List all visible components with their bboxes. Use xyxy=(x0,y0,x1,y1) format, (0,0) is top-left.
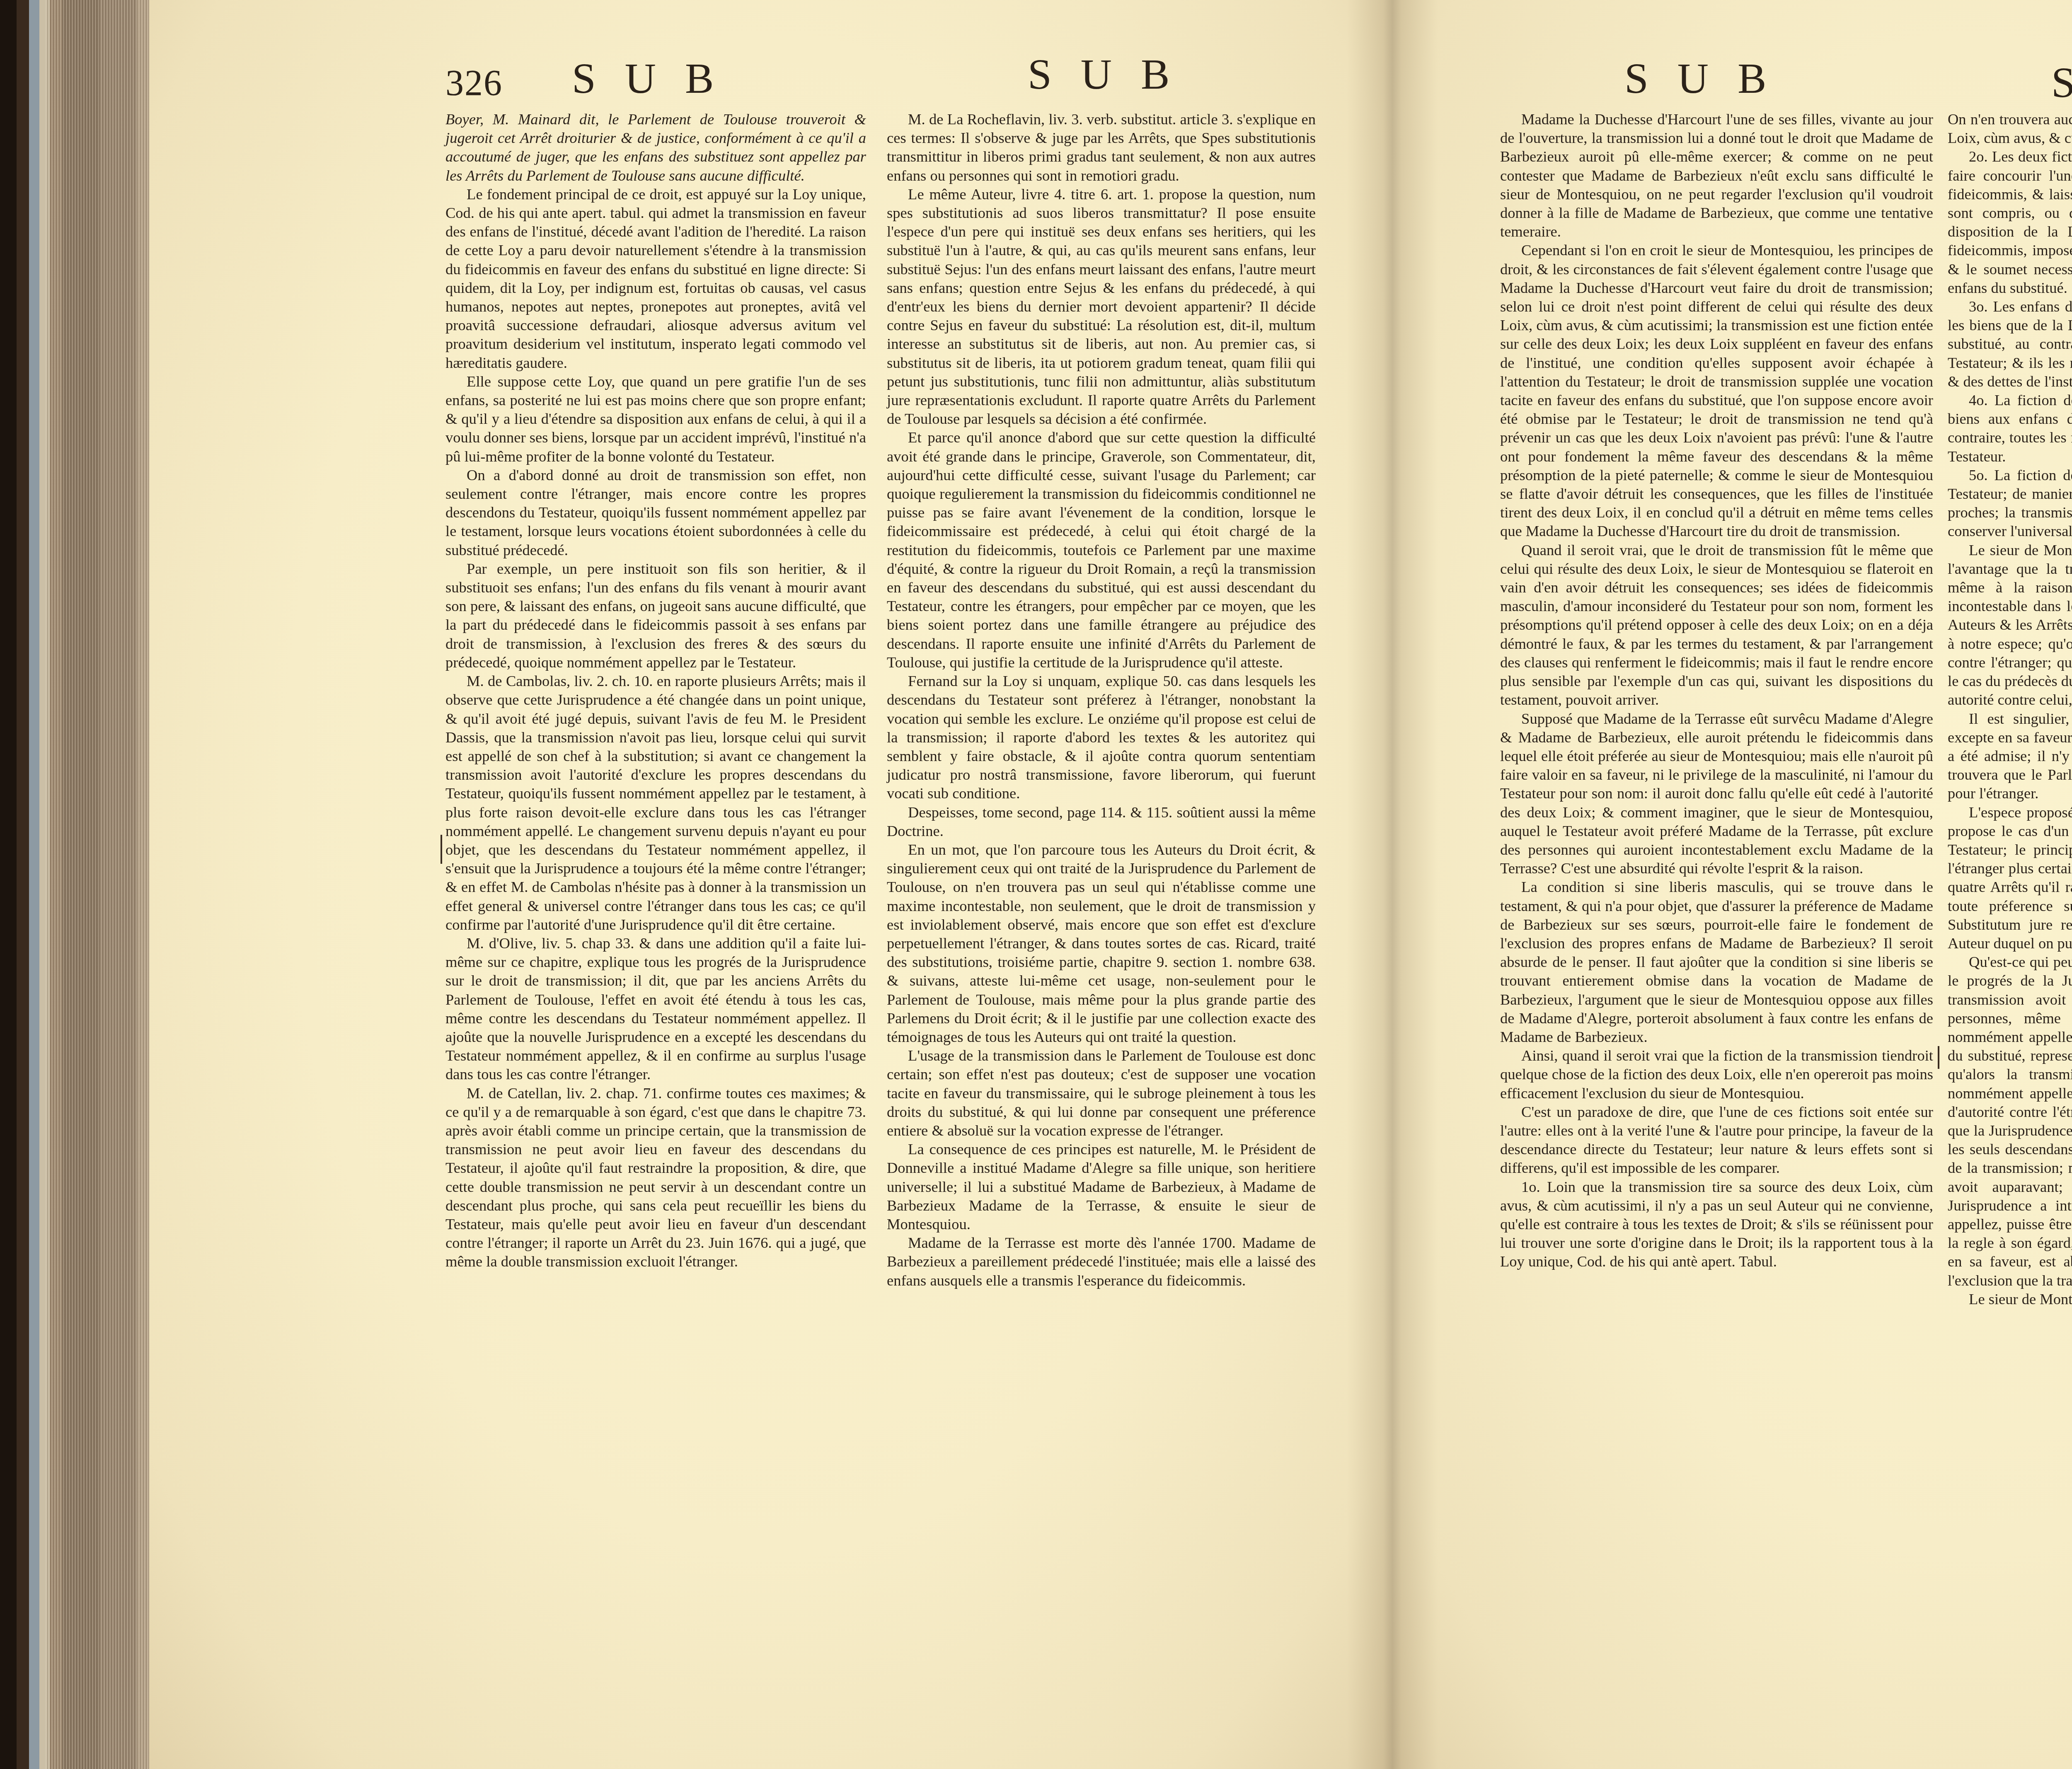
text-column-left-page-1: Boyer, M. Mainard dit, le Parlement de T… xyxy=(445,110,866,1271)
paragraph: Et parce qu'il anonce d'abord que sur ce… xyxy=(887,428,1316,672)
paragraph: Boyer, M. Mainard dit, le Parlement de T… xyxy=(445,110,866,185)
paragraph: Le sieur de Montesquiou ne dit rien de n… xyxy=(1948,1290,2072,1308)
paragraph: Le même Auteur, livre 4. titre 6. art. 1… xyxy=(887,185,1316,428)
margin-mark xyxy=(441,835,442,864)
text-column-right-page-1: Madame la Duchesse d'Harcourt l'une de s… xyxy=(1500,110,1933,1271)
paragraph: C'est un paradoxe de dire, que l'une de … xyxy=(1500,1102,1933,1177)
open-book-spread: 326 SUB SUB SUB SUB 327 Boyer, M. Mainar… xyxy=(0,0,2072,1769)
text-column-left-page-2: M. de La Rocheflavin, liv. 3. verb. subs… xyxy=(887,110,1316,1290)
paragraph: 3o. Les enfans de l'institué, en vertu d… xyxy=(1948,297,2072,391)
paragraph: La consequence de ces principes est natu… xyxy=(887,1140,1316,1233)
paragraph: 2o. Les deux fictions sont si differente… xyxy=(1948,147,2072,297)
paragraph: 4o. La fiction des deux Loix n'est faite… xyxy=(1948,391,2072,466)
paragraph: Ainsi, quand il seroit vrai que la ficti… xyxy=(1500,1046,1933,1102)
paragraph: Supposé que Madame de la Terrasse eût su… xyxy=(1500,709,1933,878)
paragraph: Le sieur de Montesquiou propose, pour se… xyxy=(1948,541,2072,709)
paragraph: 5o. La fiction des deux Loix s'étend à t… xyxy=(1948,466,2072,541)
running-head: SUB xyxy=(572,54,743,103)
paragraph: En un mot, que l'on parcoure tous les Au… xyxy=(887,840,1316,1046)
paragraph: On n'en trouvera aucun qui se soit jamai… xyxy=(1948,110,2072,147)
paragraph: Par exemple, un pere instituoit son fils… xyxy=(445,559,866,672)
paragraph: M. de Cambolas, liv. 2. ch. 10. en rapor… xyxy=(445,672,866,934)
paragraph: Elle suppose cette Loy, que quand un per… xyxy=(445,372,866,466)
paragraph: Despeisses, tome second, page 114. & 115… xyxy=(887,803,1316,840)
running-head: SUB xyxy=(2051,58,2072,107)
paragraph: 1o. Loin que la transmission tire sa sou… xyxy=(1500,1177,1933,1271)
paragraph: M. d'Olive, liv. 5. chap 33. & dans une … xyxy=(445,934,866,1084)
paragraph: Fernand sur la Loy si unquam, explique 5… xyxy=(887,672,1316,802)
paragraph: Madame de la Terrasse est morte dès l'an… xyxy=(887,1233,1316,1290)
paragraph: L'espece proposée par M. de la Rocheflav… xyxy=(1948,803,2072,953)
text-column-right-page-2: On n'en trouvera aucun qui se soit jamai… xyxy=(1948,110,2072,1308)
paragraph: Le fondement principal de ce droit, est … xyxy=(445,185,866,372)
paragraph: Cependant si l'on en croit le sieur de M… xyxy=(1500,241,1933,540)
running-head: SUB xyxy=(1028,50,1198,99)
paragraph: La condition si sine liberis masculis, q… xyxy=(1500,877,1933,1046)
paragraph: Il est singulier, que le sieur de Montes… xyxy=(1948,709,2072,803)
paragraph: M. de La Rocheflavin, liv. 3. verb. subs… xyxy=(887,110,1316,185)
book-gutter xyxy=(1347,0,1438,1769)
paragraph: Quand il seroit vrai, que le droit de tr… xyxy=(1500,541,1933,709)
paragraph: L'usage de la transmission dans le Parle… xyxy=(887,1046,1316,1140)
paragraph: Qu'est-ce qui peut mieux déterminer l'ef… xyxy=(1948,952,2072,1290)
margin-mark xyxy=(1938,1046,1939,1069)
running-head: SUB xyxy=(1624,54,1795,103)
left-page-header: 326 xyxy=(445,62,503,104)
paragraph: M. de Catellan, liv. 2. chap. 71. confir… xyxy=(445,1084,866,1271)
paragraph: On a d'abord donné au droit de transmiss… xyxy=(445,466,866,559)
page-number: 326 xyxy=(445,63,503,103)
left-page-edges xyxy=(0,0,149,1769)
paragraph: Madame la Duchesse d'Harcourt l'une de s… xyxy=(1500,110,1933,241)
